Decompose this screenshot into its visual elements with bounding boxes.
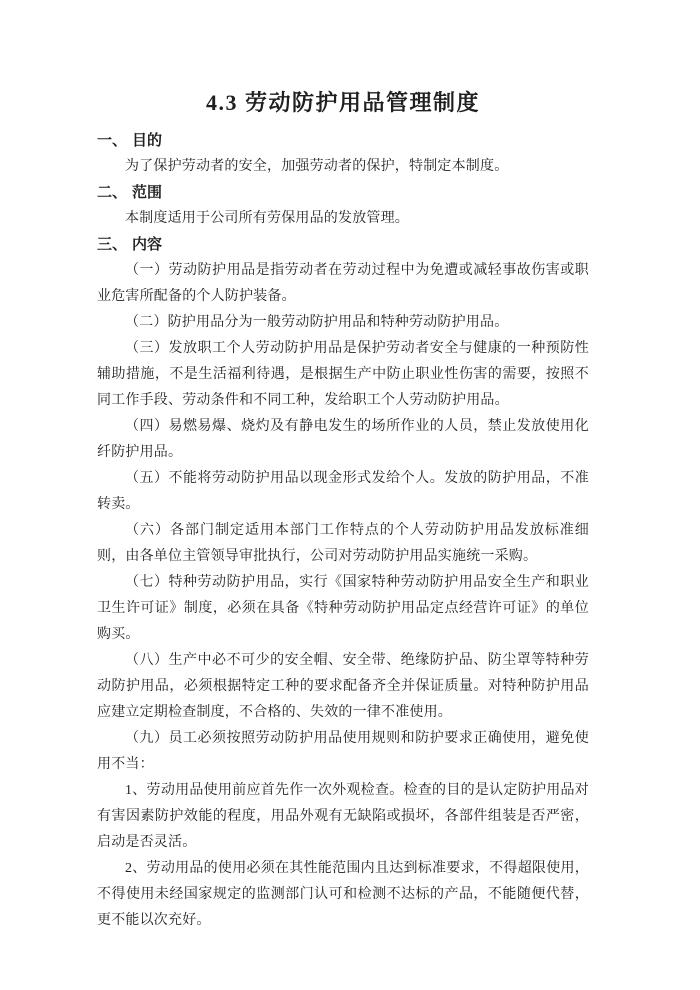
document-title: 4.3 劳动防护用品管理制度	[97, 88, 589, 118]
paragraph-item-2: （二）防护用品分为一般劳动防护用品和特种劳动防护用品。	[97, 310, 589, 336]
section-heading-purpose: 一、目的	[97, 128, 589, 154]
section-heading-text: 内容	[132, 237, 162, 253]
paragraph-item-7: （七）特种劳动防护用品，实行《国家特种劳动防护用品安全生产和职业卫生许可证》制度…	[97, 570, 589, 648]
section-purpose: 一、目的 为了保护劳动者的安全，加强劳动者的保护，特制定本制度。	[97, 128, 589, 180]
paragraph-item-5: （五）不能将劳动防护用品以现金形式发给个人。发放的防护用品，不准转卖。	[97, 466, 589, 518]
section-number: 三、	[97, 237, 127, 253]
section-number: 二、	[97, 185, 127, 201]
document-page: 4.3 劳动防护用品管理制度 一、目的 为了保护劳动者的安全，加强劳动者的保护，…	[97, 88, 589, 934]
paragraph: 为了保护劳动者的安全，加强劳动者的保护，特制定本制度。	[97, 154, 589, 180]
section-scope: 二、范围 本制度适用于公司所有劳保用品的发放管理。	[97, 180, 589, 232]
section-heading-text: 范围	[132, 185, 162, 201]
paragraph-item-3: （三）发放职工个人劳动防护用品是保护劳动者安全与健康的一种预防性辅助措施，不是生…	[97, 336, 589, 414]
paragraph-item-1: （一）劳动防护用品是指劳动者在劳动过程中为免遭或减轻事故伤害或职业危害所配备的个…	[97, 258, 589, 310]
paragraph-item-9: （九）员工必须按照劳动防护用品使用规则和防护要求正确使用，避免使用不当：	[97, 726, 589, 778]
paragraph: 本制度适用于公司所有劳保用品的发放管理。	[97, 206, 589, 232]
section-heading-text: 目的	[132, 133, 162, 149]
paragraph-item-6: （六）各部门制定适用本部门工作特点的个人劳动防护用品发放标准细则，由各单位主管领…	[97, 518, 589, 570]
section-number: 一、	[97, 133, 127, 149]
section-heading-content: 三、内容	[97, 232, 589, 258]
section-heading-scope: 二、范围	[97, 180, 589, 206]
paragraph-item-8: （八）生产中必不可少的安全帽、安全带、绝缘防护品、防尘罩等特种劳动防护用品，必须…	[97, 648, 589, 726]
paragraph-item-4: （四）易燃易爆、烧灼及有静电发生的场所作业的人员，禁止发放使用化纤防护用品。	[97, 414, 589, 466]
paragraph-subitem-2: 2、劳动用品的使用必须在其性能范围内且达到标准要求，不得超限使用，不得使用未经国…	[97, 856, 589, 934]
paragraph-subitem-1: 1、劳动用品使用前应首先作一次外观检查。检查的目的是认定防护用品对有害因素防护效…	[97, 778, 589, 856]
section-content: 三、内容 （一）劳动防护用品是指劳动者在劳动过程中为免遭或减轻事故伤害或职业危害…	[97, 232, 589, 934]
